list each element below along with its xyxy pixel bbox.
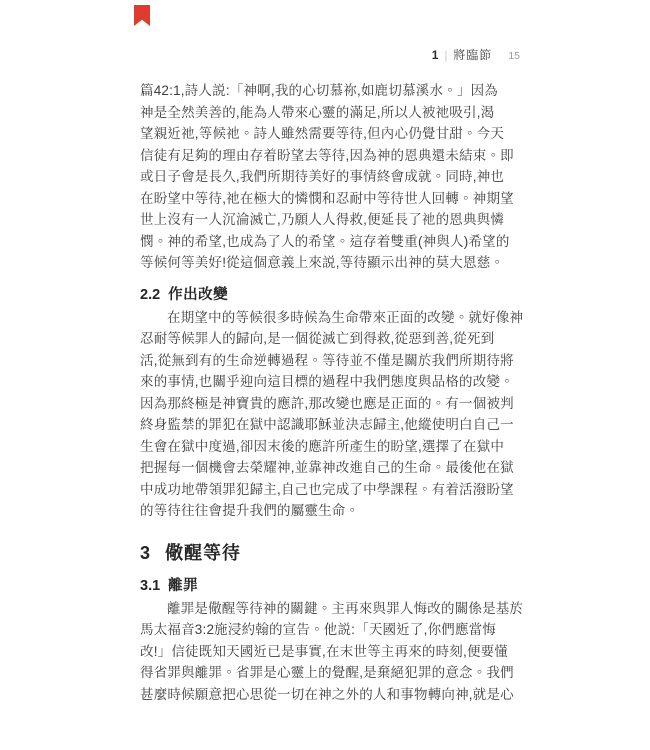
chapter-section-title: 儆醒等待 [165,539,241,565]
chapter-section-number: 3 [140,543,150,564]
paragraph-leaving-sin: 離罪是儆醒等待神的關鍵。主再來與罪人悔改的關係是基於 馬太福音3:2施浸約翰的宣… [140,598,526,706]
section-number: 2.2 [140,287,160,303]
chapter-number: 1 [432,48,439,62]
red-bookmark-icon [134,5,150,26]
chapter-heading-3: 3 儆醒等待 [140,539,526,565]
section-heading-3-1: 3.1 離罪 [140,574,526,595]
page-number: 15 [508,50,520,62]
text-column: 篇42:1,詩人説:「神啊,我的心切慕祢,如鹿切慕溪水。」因為 神是全然美善的,… [140,80,526,705]
section-heading-2-2: 2.2 作出改變 [140,283,526,304]
paragraph-waiting-hope: 篇42:1,詩人説:「神啊,我的心切慕祢,如鹿切慕溪水。」因為 神是全然美善的,… [140,80,526,274]
header-separator: | [444,50,447,62]
section-title: 離罪 [168,574,198,595]
book-page: 1 | 將臨節 15 篇42:1,詩人説:「神啊,我的心切慕祢,如鹿切慕溪水。」… [0,0,650,750]
section-title: 作出改變 [168,283,228,304]
paragraph-making-change: 在期望中的等候很多時候為生命帶來正面的改變。就好像神 忍耐等候罪人的歸向,是一個… [140,307,526,522]
running-header: 1 | 將臨節 15 [140,46,520,63]
chapter-title: 將臨節 [453,46,492,63]
section-number: 3.1 [140,578,160,594]
